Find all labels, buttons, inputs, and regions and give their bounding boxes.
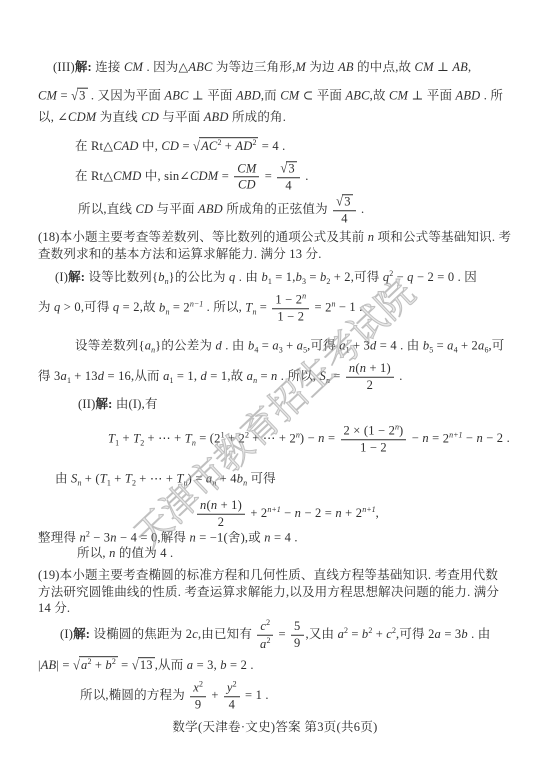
- subscript-term: b1: [261, 270, 271, 284]
- fraction: c2a2: [257, 619, 273, 652]
- doc-line-8: 查数列求和的基本方法和运算求解能力. 满分 13 分.: [38, 247, 322, 263]
- subscript-term: a4: [447, 339, 457, 353]
- fraction: CMCD: [234, 162, 259, 193]
- subscript-term: bn: [159, 300, 169, 314]
- fraction-numerator: n(n + 1): [197, 499, 245, 515]
- superscript-term: 2n: [325, 300, 335, 314]
- superscript-term: q2: [383, 270, 393, 284]
- fraction: n(n + 1)2: [346, 362, 394, 393]
- doc-line-23: |AB| = √a2 + b2 = √13,从而 a = 3, b = 2 .: [38, 656, 254, 674]
- superscript-term: x2: [193, 680, 203, 694]
- subscript-term: b3: [296, 270, 306, 284]
- radicand: 13: [138, 657, 155, 674]
- fraction-numerator: √3: [277, 161, 300, 178]
- radical-sign: √: [193, 138, 200, 155]
- superscript-term: 22: [239, 431, 249, 445]
- fraction: 1 − 2n1 − 2: [272, 292, 309, 324]
- superscript-term: 2n+1: [261, 506, 281, 520]
- subscript-term: Sn: [71, 472, 81, 486]
- doc-line-14: T1 + T2 + ⋯ + Tn = (21 + 22 + ⋯ + 2n) − …: [108, 423, 510, 455]
- fraction-denominator: 2: [197, 515, 245, 530]
- superscript-term: y2: [227, 680, 237, 694]
- square-root: √3: [71, 88, 88, 105]
- doc-line-10: 为 q > 0,可得 q = 2,故 bn = 2n−1 . 所以, Tn = …: [38, 292, 363, 324]
- doc-line-3: 以, ∠CDM 为直线 CD 与平面 ABD 所成的角.: [38, 110, 286, 126]
- doc-line-2: CM = √3 . 又因为平面 ABC ⊥ 平面 ABD,而 CM ⊂ 平面 A…: [38, 88, 503, 105]
- doc-line-7: (18)本小题主要考查等差数列、等比数列的通项公式及其前 n 项和公式等基础知识…: [38, 230, 511, 246]
- subscript-term: T1: [108, 431, 119, 445]
- doc-line-19: (19)本小题主要考查椭圆的标准方程和几何性质、直线方程等基础知识. 考查用代数: [38, 568, 498, 584]
- doc-line-20: 方法研究圆锥曲线的性质. 考查运算求解能力,以及用方程思想解决问题的能力. 满分: [38, 585, 499, 601]
- fraction: 2 × (1 − 2n)1 − 2: [341, 423, 407, 455]
- superscript-term: a2: [81, 658, 91, 672]
- fraction-numerator: 2 × (1 − 2n): [341, 423, 407, 440]
- fraction: √34: [277, 161, 300, 193]
- superscript-term: 2n−1: [183, 300, 203, 314]
- radical-sign: √: [73, 657, 80, 674]
- doc-line-6: 所以,直线 CD 与平面 ABD 所成角的正弦值为 √34 .: [78, 194, 364, 226]
- doc-line-12: 得 3a1 + 13d = 16,从而 a1 = 1, d = 1,故 an =…: [38, 362, 403, 393]
- doc-line-13: (II)解: 由(I),有: [78, 397, 158, 413]
- doc-line-24: 所以,椭圆的方程为 x29 + y24 = 1 .: [80, 680, 269, 712]
- superscript-term: a2: [260, 637, 270, 651]
- superscript-term: AC2: [201, 139, 221, 153]
- answer-page: (III)解: 连接 CM . 因为△ABC 为等边三角形,M 为边 AB 的中…: [0, 0, 550, 779]
- radicand: a2 + b2: [79, 656, 118, 674]
- doc-line-22: (I)解: 设椭圆的焦距为 2c,由已知有 c2a2 = 59,又由 a2 = …: [60, 619, 491, 652]
- doc-line-5: 在 Rt△CMD 中, sin∠CDM = CMCD = √34 .: [75, 161, 309, 193]
- fraction: n(n + 1)2: [197, 499, 245, 530]
- subscript-term: bn: [237, 472, 247, 486]
- superscript-term: 2n: [289, 431, 299, 445]
- subscript-term: T2: [133, 431, 144, 445]
- fraction: 59: [291, 620, 303, 651]
- fraction-denominator: 1 − 2: [341, 440, 407, 455]
- fraction-numerator: √3: [333, 194, 356, 211]
- fraction-numerator: 1 − 2n: [272, 292, 309, 309]
- superscript-term: b2: [362, 627, 372, 641]
- doc-line-11: 设等差数列{an}的公差为 d . 由 b4 = a3 + a5,可得 a1 +…: [75, 339, 504, 356]
- fraction-denominator: CD: [234, 178, 259, 193]
- subscript-term: a1: [163, 369, 173, 383]
- fraction-denominator: a2: [257, 636, 273, 652]
- subscript-term: Tn: [185, 431, 196, 445]
- doc-line-17: 整理得 n2 − 3n − 4 = 0,解得 n = −1(舍),或 n = 4…: [38, 530, 298, 547]
- fraction-numerator: n(n + 1): [346, 362, 394, 378]
- fraction: y24: [224, 680, 240, 712]
- doc-line-9: (I)解: 设等比数列{bn}的公比为 q . 由 b1 = 1,b3 = b2…: [55, 269, 477, 287]
- doc-line-15: 由 Sn + (T1 + T2 + ⋯ + Tn) = an + 4bn 可得: [55, 472, 276, 489]
- superscript-term: 2n+1: [443, 431, 463, 445]
- fraction-denominator: 4: [333, 211, 356, 226]
- subscript-term: a6: [478, 339, 488, 353]
- superscript-term: n2: [79, 531, 89, 545]
- doc-line-21: 14 分.: [38, 601, 70, 617]
- superscript-term: a2: [338, 627, 348, 641]
- subscript-term: an: [247, 369, 257, 383]
- square-root: √3: [280, 161, 297, 176]
- doc-line-18: 所以, n 的值为 4 .: [77, 546, 173, 562]
- fraction-numerator: CM: [234, 162, 259, 178]
- subscript-term: Tn: [176, 472, 187, 486]
- subscript-term: T2: [125, 472, 136, 486]
- square-root: √3: [336, 194, 353, 209]
- superscript-term: c2: [386, 627, 396, 641]
- radical-sign: √: [336, 195, 343, 210]
- fraction-numerator: x2: [190, 680, 206, 697]
- subscript-term: a5: [297, 339, 307, 353]
- superscript-term: c2: [260, 619, 270, 633]
- subscript-term: T1: [100, 472, 111, 486]
- superscript-term: 2n+1: [356, 506, 376, 520]
- subscript-term: a3: [272, 339, 282, 353]
- doc-line-1: (III)解: 连接 CM . 因为△ABC 为等边三角形,M 为边 AB 的中…: [53, 60, 471, 76]
- page-footer: 数学(天津卷·文史)答案 第3页(共6页): [0, 717, 550, 735]
- fraction-denominator: 4: [277, 178, 300, 193]
- radical-sign: √: [280, 162, 287, 177]
- radical-sign: √: [132, 657, 139, 674]
- fraction-denominator: 9: [291, 636, 303, 651]
- fraction-denominator: 1 − 2: [272, 309, 309, 324]
- fraction-denominator: 9: [190, 697, 206, 712]
- radical-sign: √: [71, 88, 78, 105]
- subscript-term: an: [145, 339, 155, 353]
- subscript-term: b2: [320, 270, 330, 284]
- superscript-term: 21: [214, 431, 224, 445]
- subscript-term: Tn: [245, 300, 256, 314]
- superscript-term: b2: [105, 658, 115, 672]
- superscript-term: AD2: [235, 139, 256, 153]
- radicand: AC2 + AD2: [199, 137, 258, 155]
- radicand: 3: [77, 88, 87, 105]
- fraction-numerator: y2: [224, 680, 240, 697]
- fraction: x29: [190, 680, 206, 712]
- doc-line-4: 在 Rt△CAD 中, CD = √AC2 + AD2 = 4 .: [75, 137, 285, 155]
- fraction-denominator: 4: [224, 697, 240, 712]
- square-root: √13: [132, 657, 155, 674]
- fraction-numerator: 5: [291, 620, 303, 636]
- subscript-term: bn: [158, 270, 168, 284]
- doc-line-16: n(n + 1)2 + 2n+1 − n − 2 = n + 2n+1,: [195, 499, 379, 530]
- superscript-term: 2n: [389, 423, 399, 437]
- radicand: 3: [286, 161, 296, 176]
- fraction-numerator: c2: [257, 619, 273, 636]
- subscript-term: an: [206, 472, 216, 486]
- square-root: √AC2 + AD2: [193, 137, 258, 155]
- answer-content: (III)解: 连接 CM . 因为△ABC 为等边三角形,M 为边 AB 的中…: [0, 0, 550, 779]
- superscript-term: 2n: [296, 292, 306, 306]
- radicand: 3: [342, 194, 352, 209]
- fraction: √34: [333, 194, 356, 226]
- subscript-term: a1: [60, 369, 70, 383]
- fraction-denominator: 2: [346, 378, 394, 393]
- subscript-term: b5: [423, 339, 433, 353]
- subscript-term: Sn: [320, 369, 330, 383]
- subscript-term: b4: [248, 339, 258, 353]
- subscript-term: a1: [339, 339, 349, 353]
- square-root: √a2 + b2: [73, 656, 118, 674]
